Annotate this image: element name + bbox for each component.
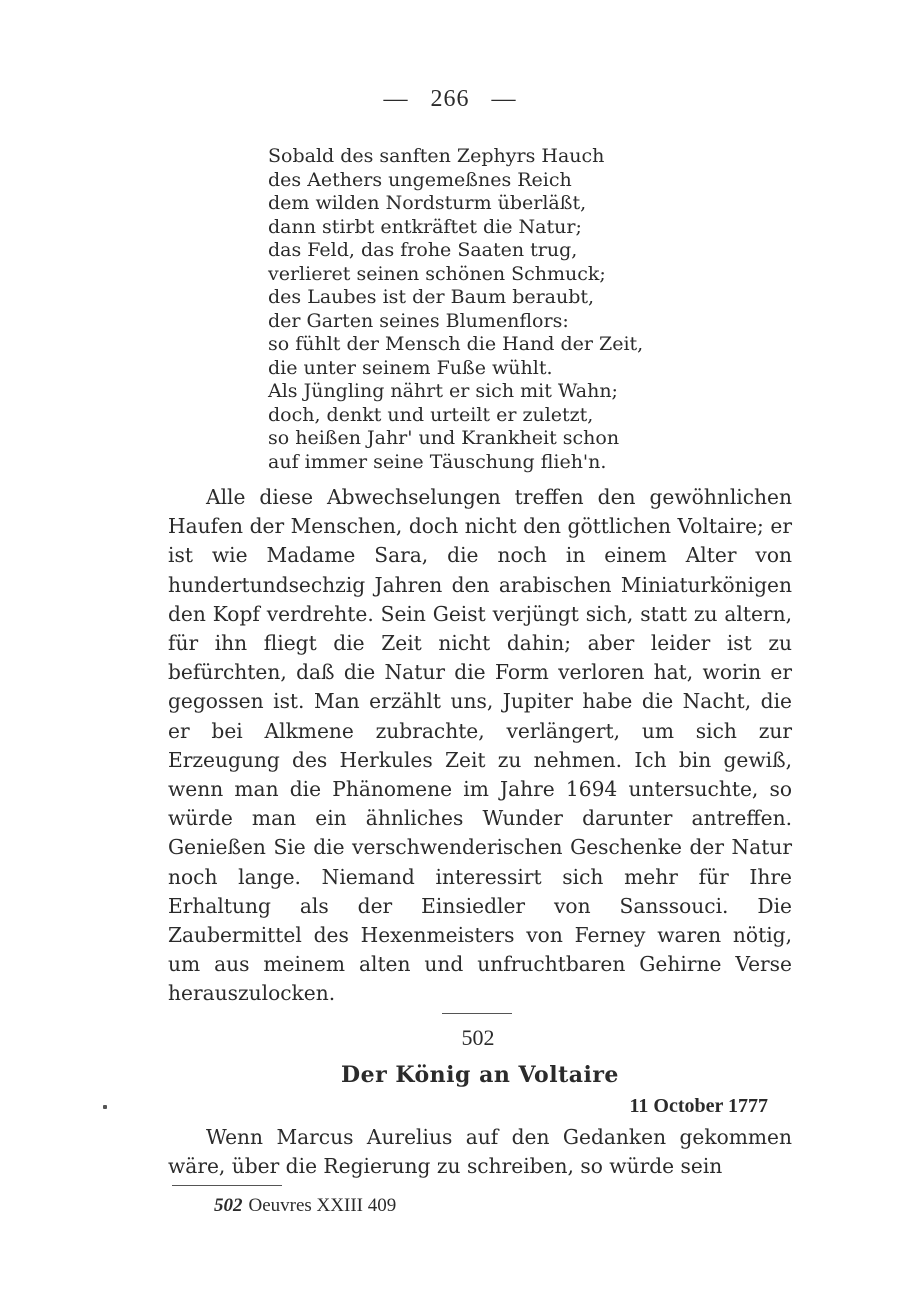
section-divider (442, 1013, 512, 1014)
letter-opening-paragraph: Wenn Marcus Aurelius auf den Gedanken ge… (168, 1123, 792, 1181)
poem-line: der Garten seines Blumenflors: (268, 310, 688, 334)
poem-line: des Aethers ungemeßnes Reich (268, 169, 688, 193)
poem-line: doch, denkt und urteilt er zuletzt, (268, 404, 688, 428)
footnote-number: 502 (214, 1195, 243, 1216)
poem-stanza: Sobald des sanften Zephyrs Hauch des Aet… (268, 145, 688, 474)
poem-line: auf immer seine Täuschung flieh'n. (268, 451, 688, 475)
poem-line: das Feld, das frohe Saaten trug, (268, 239, 688, 263)
letter-title: Der König an Voltaire (0, 1062, 900, 1088)
poem-line: verlieret seinen schönen Schmuck; (268, 263, 688, 287)
poem-line: Als Jüngling nährt er sich mit Wahn; (268, 380, 688, 404)
poem-line: dann stirbt entkräftet die Natur; (268, 216, 688, 240)
poem-line: so heißen Jahr' und Krankheit schon (268, 427, 688, 451)
poem-line: Sobald des sanften Zephyrs Hauch (268, 145, 688, 169)
scan-speck (103, 1105, 107, 1109)
letter-body: Wenn Marcus Aurelius auf den Gedanken ge… (168, 1123, 792, 1181)
dash-right: — (492, 86, 517, 113)
poem-line: des Laubes ist der Baum beraubt, (268, 286, 688, 310)
page-number-value: 266 (431, 86, 470, 112)
page-number: —266— (0, 86, 900, 113)
poem-line: die unter seinem Fuße wühlt. (268, 357, 688, 381)
body-paragraph: Alle diese Abwechselungen treffen den ge… (168, 483, 792, 1009)
letter-number: 502 (0, 1025, 900, 1051)
footnote: 502Oeuvres XXIII 409 (214, 1195, 396, 1217)
dash-left: — (384, 86, 409, 113)
poem-line: dem wilden Nordsturm überläßt, (268, 192, 688, 216)
letter-date: 11 October 1777 (629, 1095, 768, 1118)
footnote-text: Oeuvres XXIII 409 (249, 1195, 397, 1216)
footnote-divider (172, 1185, 282, 1186)
body-paragraph-block: Alle diese Abwechselungen treffen den ge… (168, 483, 792, 1009)
poem-line: so fühlt der Mensch die Hand der Zeit, (268, 333, 688, 357)
